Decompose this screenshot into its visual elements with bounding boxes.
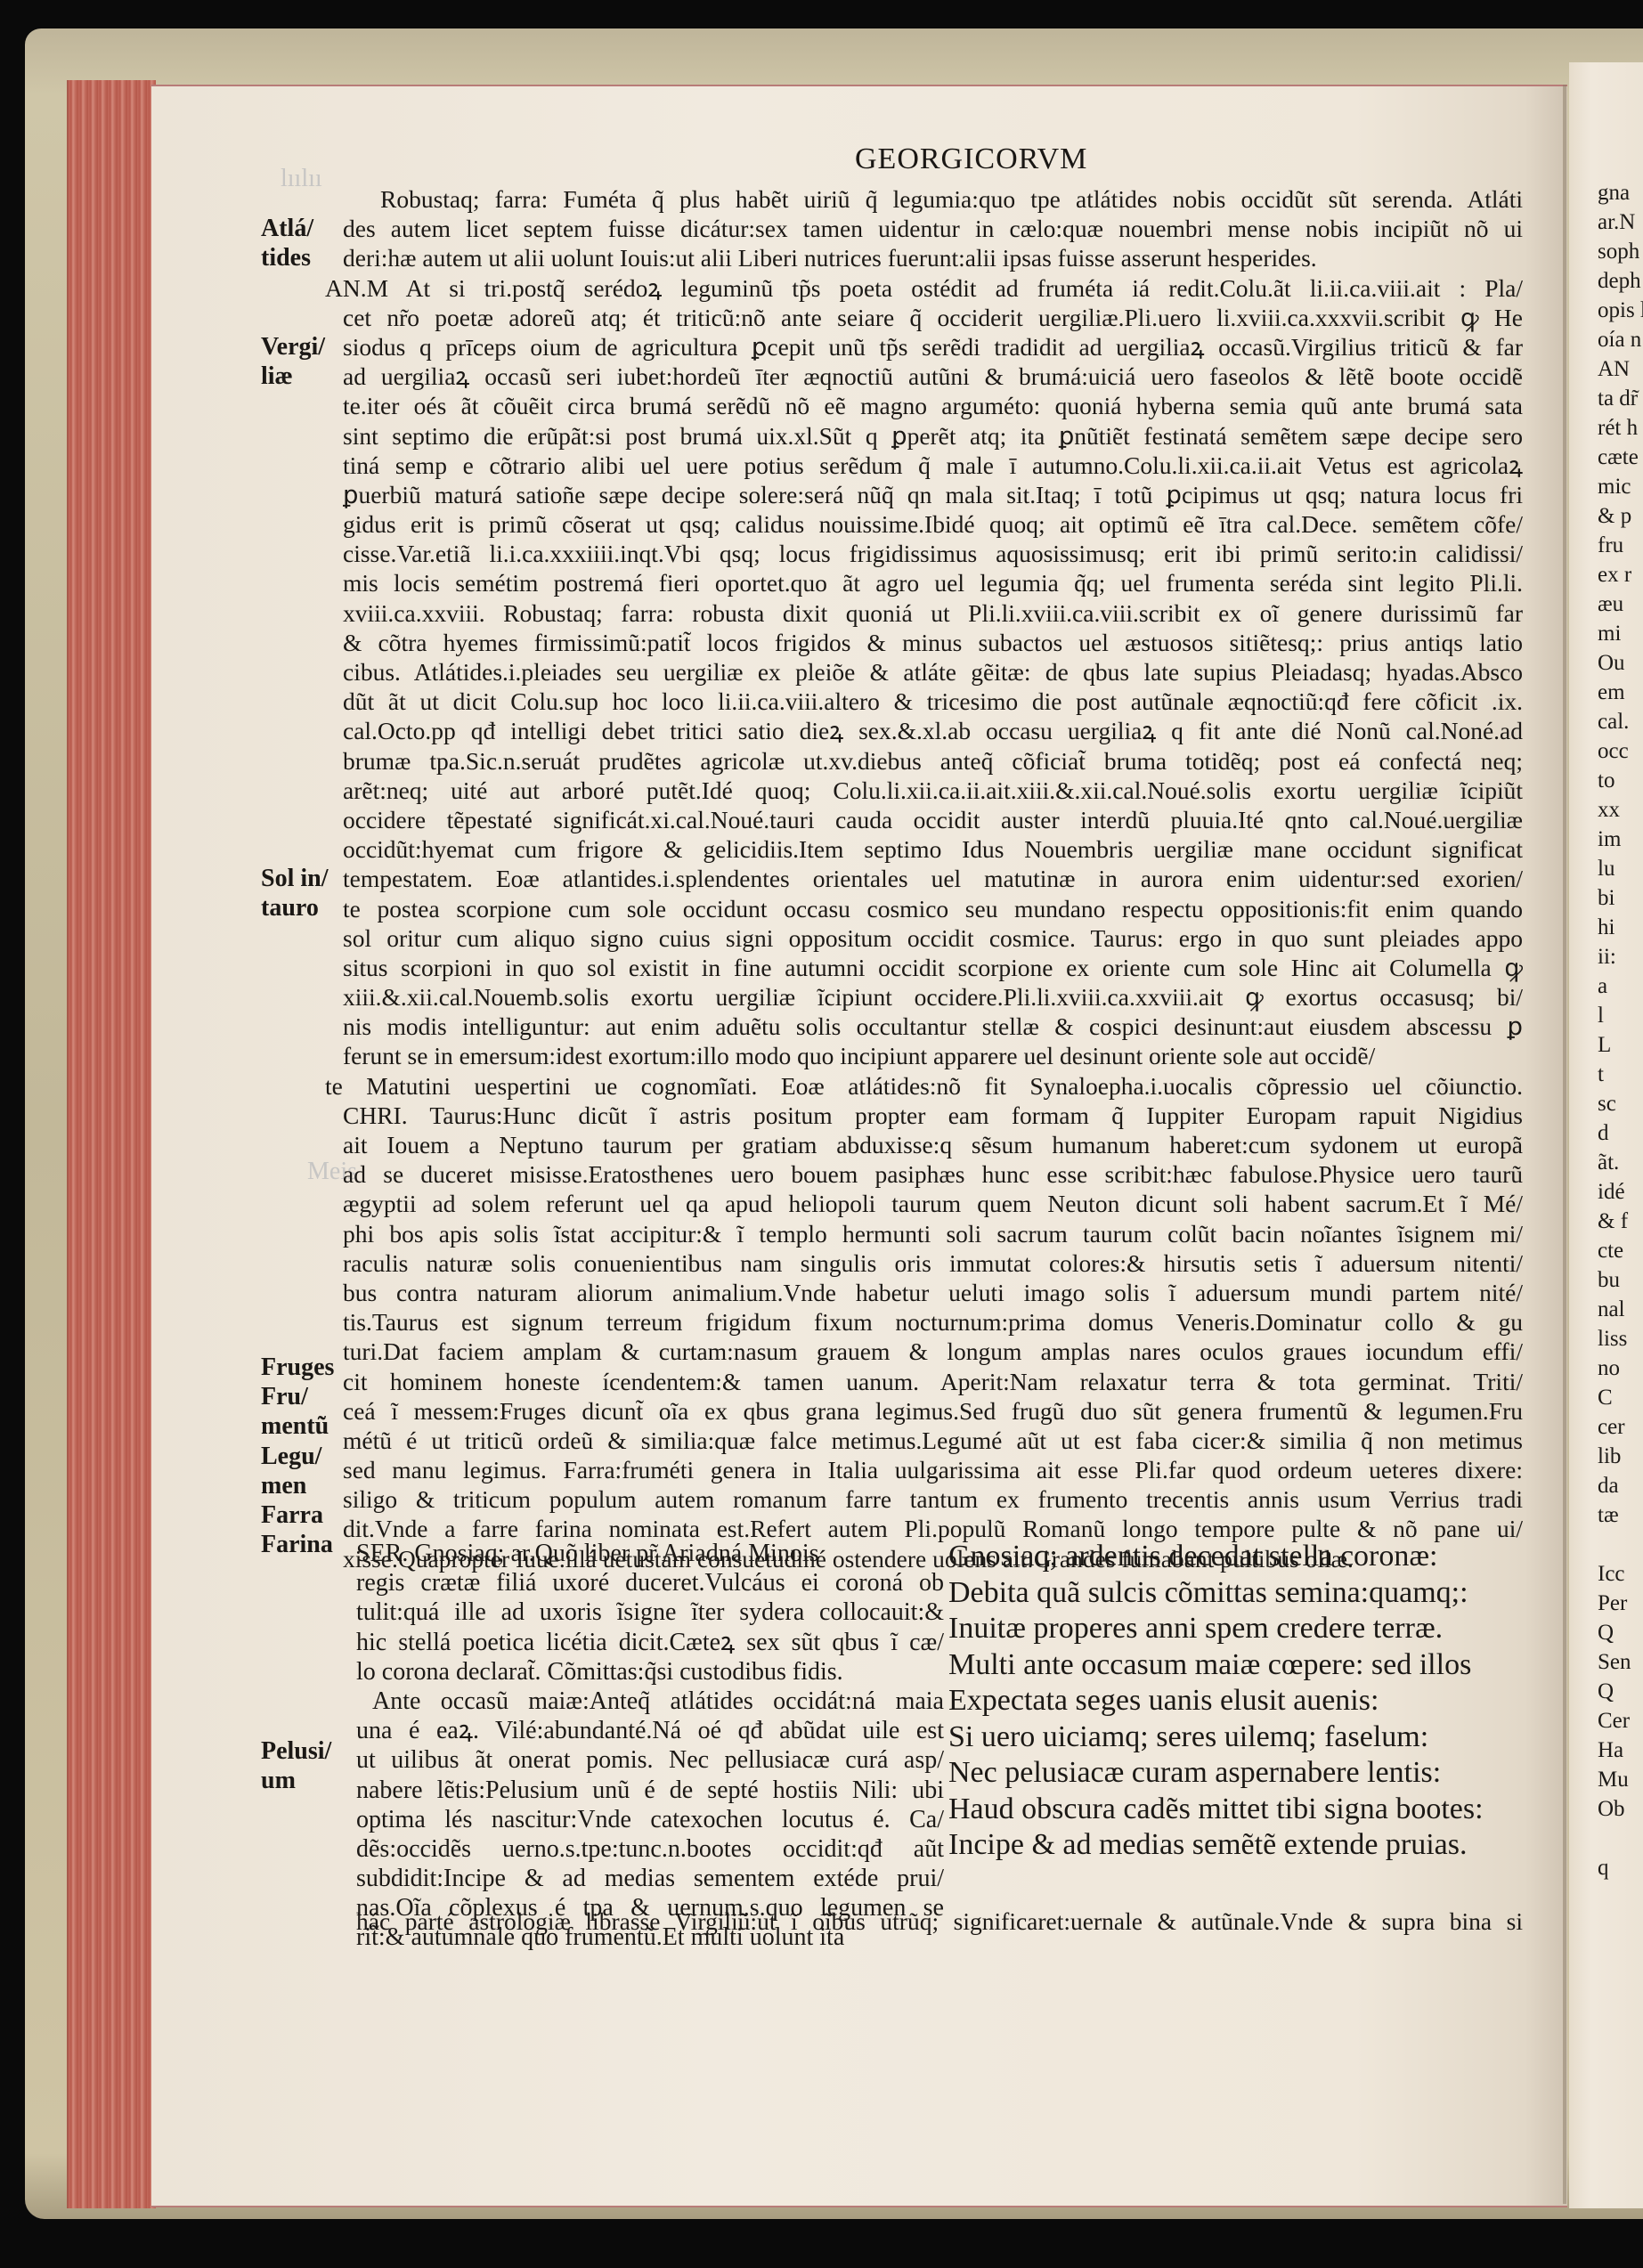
- right-page-fragment: q: [1569, 1853, 1643, 1882]
- margin-note-line: Atlá/: [261, 214, 341, 243]
- text-line: xviii.ca.xxviii. Robustaq; farra: robust…: [343, 598, 1523, 628]
- right-page-fragment: ex r: [1569, 560, 1643, 589]
- running-head: GEORGICORVM: [855, 142, 1087, 176]
- text-line: hác parté astrologiæ librasse Virgiliũ:u…: [356, 1906, 1523, 1936]
- right-page-fragment: sc: [1569, 1089, 1643, 1118]
- text-line: te.iter oés ãt cõuẽit circa brumá serẽdũ…: [343, 391, 1523, 420]
- margin-note-line: Legu/: [261, 1442, 341, 1471]
- margin-note-line: Fruges: [261, 1353, 341, 1382]
- text-line: arẽt:neq; uité aut arboré putẽt.Idé quoq…: [343, 776, 1523, 805]
- right-page-fragment: Per: [1569, 1589, 1643, 1618]
- right-page-fragment: gna: [1569, 178, 1643, 207]
- verse-line: Debita quã sulcis cõmittas semina:quamq;…: [948, 1575, 1518, 1612]
- final-line: hác parté astrologiæ librasse Virgiliũ:u…: [356, 1906, 1523, 1936]
- margin-note-line: Sol in/: [261, 864, 341, 893]
- right-page-fragment: soph: [1569, 237, 1643, 266]
- right-page-fragment: & p: [1569, 501, 1643, 531]
- right-page-fragment: cer: [1569, 1412, 1643, 1442]
- margin-note-line: Pelusi/: [261, 1736, 341, 1766]
- text-line: lo corona declarat̃. Cõmittas:q̃si custo…: [356, 1657, 944, 1687]
- margin-note-line: liæ: [261, 362, 341, 391]
- verse-line: Expectata seges uanis elusit auenis:: [948, 1683, 1518, 1719]
- text-line: turi.Dat faciem amplam & curtam:nasum gr…: [343, 1337, 1523, 1366]
- right-page-fragment: hi: [1569, 913, 1643, 942]
- text-line: una é eaꝝ. Vilé:abundanté.Ná oé qđ abũda…: [356, 1716, 944, 1745]
- text-line: tiná semp e cõtrario alibi uel uere poti…: [343, 451, 1523, 480]
- text-line: occidere tẽpestaté significát.xi.cal.Nou…: [343, 805, 1523, 834]
- right-page-fragment: æu: [1569, 589, 1643, 619]
- verse-line: Nec pelusiacæ curam aspernabere lentis:: [948, 1755, 1518, 1792]
- right-page-fragment: Mu: [1569, 1765, 1643, 1794]
- right-page-fragment: occ: [1569, 736, 1643, 766]
- text-line: dũt ãt ut dicit Colu.sup hoc loco li.ii.…: [343, 687, 1523, 716]
- text-line: phi bos apis solis ĩstat accipitur:& ĩ t…: [343, 1219, 1523, 1248]
- text-line: subdidit:Incipe & ad medias sementem ext…: [356, 1864, 944, 1893]
- text-line: regis crætæ filiá uxoré duceret.Vulcáus …: [356, 1568, 944, 1597]
- text-line: cibus. Atlátides.i.pleiades seu uergiliæ…: [343, 657, 1523, 687]
- margin-note-line: Fru/: [261, 1382, 341, 1411]
- margin-note: Atlá/tides: [261, 214, 341, 272]
- right-page-fragment: cal.: [1569, 707, 1643, 736]
- text-line: ad se duceret misisse.Eratosthenes uero …: [343, 1159, 1523, 1189]
- right-page-fragment: Q: [1569, 1618, 1643, 1647]
- text-line: ꝑuerbiũ maturá satioñe sæpe decipe soler…: [343, 480, 1523, 509]
- text-line: ait Iouem a Neptuno taurum per gratiam a…: [343, 1130, 1523, 1159]
- text-line: te postea scorpione cum sole occidunt oc…: [343, 894, 1523, 923]
- commentary-narrow-column: SER. Gnosiaq; ar.Quõ liber pr̃ Ariadná M…: [356, 1539, 944, 1953]
- right-page-fragment: em: [1569, 678, 1643, 707]
- margin-note-line: um: [261, 1766, 341, 1795]
- margin-note-line: Farina: [261, 1530, 341, 1559]
- text-line: sol oritur cum aliquo signo cuius signi …: [343, 923, 1523, 953]
- show-through-text: lıılıı: [281, 165, 322, 193]
- right-page-fragment: cæte: [1569, 443, 1643, 472]
- text-line: ceá ĩ messem:Fruges dicunt̃ oĩa ex qbus …: [343, 1396, 1523, 1426]
- verse-line: Si uero uiciamq; seres uilemq; faselum:: [948, 1719, 1518, 1756]
- right-page-fragment: Ob: [1569, 1794, 1643, 1824]
- text-line: SER. Gnosiaq; ar.Quõ liber pr̃ Ariadná M…: [356, 1539, 944, 1568]
- red-stained-fore-edge: [67, 80, 156, 2208]
- gutter: [1563, 85, 1566, 2204]
- margin-note-line: tauro: [261, 893, 341, 923]
- text-line: sint septimo die erũpãt:si post brumá ui…: [343, 421, 1523, 451]
- verse-line: Haud obscura cadẽs mittet tibi signa boo…: [948, 1792, 1518, 1828]
- right-page-fragment: deph: [1569, 266, 1643, 296]
- right-page-fragment: [1569, 1824, 1643, 1853]
- text-line: siodus q prīceps oium de agricultura ꝑce…: [343, 332, 1523, 362]
- right-page-fragment: ii:: [1569, 942, 1643, 971]
- margin-note-line: Farra: [261, 1500, 341, 1530]
- text-line: tis.Taurus est signum terreum frigidum f…: [343, 1307, 1523, 1337]
- text-line: xiii.&.xii.cal.Nouemb.solis exortu uergi…: [343, 982, 1523, 1012]
- right-page-fragment: [1569, 1530, 1643, 1559]
- margin-note: Pelusi/um: [261, 1736, 341, 1795]
- text-line: métũ é ut triticũ ordeũ & similia:quæ fa…: [343, 1426, 1523, 1455]
- text-line: cisse.Var.etiã li.i.ca.xxxiiii.inqt.Vbi …: [343, 539, 1523, 568]
- margin-note: Sol in/tauro: [261, 864, 341, 923]
- text-line: brumæ tpa.Sic.n.seruát prudẽtes agricolæ…: [343, 746, 1523, 776]
- text-line: ut uilibus ãt onerat pomis. Nec pellusia…: [356, 1745, 944, 1775]
- right-page-fragment: Icc: [1569, 1559, 1643, 1589]
- right-page-fragment: fru: [1569, 531, 1643, 560]
- right-page-fragment: nal: [1569, 1295, 1643, 1324]
- text-line: ægyptii ad solem referunt uel qa apud he…: [343, 1189, 1523, 1218]
- right-page-fragment: mi: [1569, 619, 1643, 648]
- text-line: nis modis intelliguntur: aut enim aduẽtu…: [343, 1012, 1523, 1041]
- right-page-fragment: Q: [1569, 1677, 1643, 1706]
- right-page-fragment: lib: [1569, 1442, 1643, 1471]
- text-line: mis locis semétim postremá fieri oportet…: [343, 568, 1523, 597]
- text-line: deri:hæ autem ut alii uolunt Iouis:ut al…: [343, 243, 1523, 272]
- text-line: sed manu legimus. Farra:fruméti genera i…: [343, 1455, 1523, 1484]
- margin-note: FrugesFru/mentũLegu/menFarraFarina: [261, 1353, 341, 1559]
- right-page-fragment: t: [1569, 1060, 1643, 1089]
- virgil-verse-column: Gnosiaq; ardentis decedat stella coronæ:…: [948, 1539, 1518, 1864]
- right-page-fragment: C: [1569, 1383, 1643, 1412]
- text-line: te Matutini uespertini ue cognomĩati. Eo…: [325, 1071, 1523, 1101]
- right-page-fragment: bu: [1569, 1265, 1643, 1295]
- right-page-fragment: lu: [1569, 854, 1643, 883]
- text-line: AN.M At si tri.postq̃ serédoꝝ leguminũ t…: [325, 273, 1523, 303]
- right-page-fragment: Ou: [1569, 648, 1643, 678]
- right-page-fragment: Cer: [1569, 1706, 1643, 1736]
- margin-note-line: mentũ: [261, 1411, 341, 1441]
- right-page-edge: gnaar.Nsophdephopis loía nANta dr̃rét hc…: [1569, 62, 1643, 2208]
- right-page-fragment: l: [1569, 1001, 1643, 1030]
- right-page-fragment: L: [1569, 1030, 1643, 1060]
- right-page-text: gnaar.Nsophdephopis loía nANta dr̃rét hc…: [1569, 178, 1643, 1882]
- right-page-fragment: AN: [1569, 354, 1643, 384]
- text-line: tempestatem. Eoæ atlantides.i.splendente…: [343, 864, 1523, 893]
- text-line: nabere lẽtis:Pelusium unũ é de septé hos…: [356, 1776, 944, 1805]
- verse-line: Incipe & ad medias semẽtẽ extende pruias…: [948, 1827, 1518, 1864]
- text-line: cit hominem honeste ícendentem:& tamen u…: [343, 1367, 1523, 1396]
- text-line: tulit:quá ille ad uxoris ĩsigne ĩter syd…: [356, 1597, 944, 1627]
- text-line: bus contra naturam aliorum animalium.Vnd…: [343, 1278, 1523, 1307]
- right-page-fragment: xx: [1569, 795, 1643, 825]
- right-page-fragment: oía n: [1569, 325, 1643, 354]
- text-line: des autem licet septem fuisse dicátur:se…: [343, 214, 1523, 243]
- right-page-fragment: bi: [1569, 883, 1643, 913]
- margin-note-line: men: [261, 1471, 341, 1500]
- right-page-fragment: d: [1569, 1118, 1643, 1148]
- text-line: CHRI. Taurus:Hunc dicũt ĩ astris positum…: [343, 1101, 1523, 1130]
- text-line: ferunt se in emersum:idest exortum:illo …: [343, 1041, 1523, 1070]
- right-page-fragment: rét h: [1569, 413, 1643, 443]
- text-line: hic stellá poetica licétia dicit.Cæteꝝ s…: [356, 1628, 944, 1657]
- text-line: siligo & triticum populum autem romanum …: [343, 1484, 1523, 1514]
- right-page-fragment: im: [1569, 825, 1643, 854]
- right-page-fragment: to: [1569, 766, 1643, 795]
- margin-note-line: Vergi/: [261, 332, 341, 362]
- right-page-fragment: idé: [1569, 1177, 1643, 1207]
- text-line: ad uergiliaꝝ occasũ seri iubet:hordeũ īt…: [343, 362, 1523, 391]
- right-page-fragment: cte: [1569, 1236, 1643, 1265]
- commentary-full-width: Robustaq; farra: Fuméta q̃ plus habẽt ui…: [343, 184, 1523, 1573]
- right-page-fragment: opis l: [1569, 296, 1643, 325]
- right-page-fragment: liss: [1569, 1324, 1643, 1353]
- text-line: raculis naturæ solis conuenientibus nam …: [343, 1248, 1523, 1278]
- right-page-fragment: ãt.: [1569, 1148, 1643, 1177]
- text-line: occidũt:hyemat cum frigore & gelicidiis.…: [343, 834, 1523, 864]
- right-page-fragment: da: [1569, 1471, 1643, 1500]
- right-page-fragment: Ha: [1569, 1736, 1643, 1765]
- text-line: Robustaq; farra: Fuméta q̃ plus habẽt ui…: [343, 184, 1523, 214]
- text-line: optima lés nascitur:Vnde catexochen locu…: [356, 1805, 944, 1834]
- verse-line: Inuitæ properes anni spem credere terræ.: [948, 1611, 1518, 1647]
- right-page-fragment: tæ: [1569, 1500, 1643, 1530]
- margin-note-line: tides: [261, 243, 341, 272]
- right-page-fragment: mic: [1569, 472, 1643, 501]
- right-page-fragment: & f: [1569, 1207, 1643, 1236]
- margin-note: Vergi/liæ: [261, 332, 341, 391]
- right-page-fragment: ta dr̃: [1569, 384, 1643, 413]
- right-page-fragment: ar.N: [1569, 207, 1643, 237]
- verse-line: Gnosiaq; ardentis decedat stella coronæ:: [948, 1539, 1518, 1575]
- text-line: gidus erit is primũ cõserat ut qsq; cali…: [343, 509, 1523, 539]
- text-line: & cõtra hyemes firmissimũ:patit̃ locos f…: [343, 628, 1523, 657]
- right-page-fragment: a: [1569, 971, 1643, 1001]
- right-page-fragment: Sen: [1569, 1647, 1643, 1677]
- text-line: dẽs:occidẽs uerno.s.tpe:tunc.n.bootes oc…: [356, 1834, 944, 1864]
- text-line: Ante occasũ maiæ:Anteq̃ atlátides occidá…: [356, 1687, 944, 1716]
- verse-line: Multi ante occasum maiæ cœpere: sed illo…: [948, 1647, 1518, 1684]
- text-line: cet nr̃o poetæ adoreũ atq; ét triticũ:nõ…: [343, 303, 1523, 332]
- text-line: cal.Octo.pp qđ intelligi debet tritici s…: [343, 716, 1523, 745]
- right-page-fragment: no: [1569, 1353, 1643, 1383]
- text-line: situs scorpioni in quo sol existit in fi…: [343, 953, 1523, 982]
